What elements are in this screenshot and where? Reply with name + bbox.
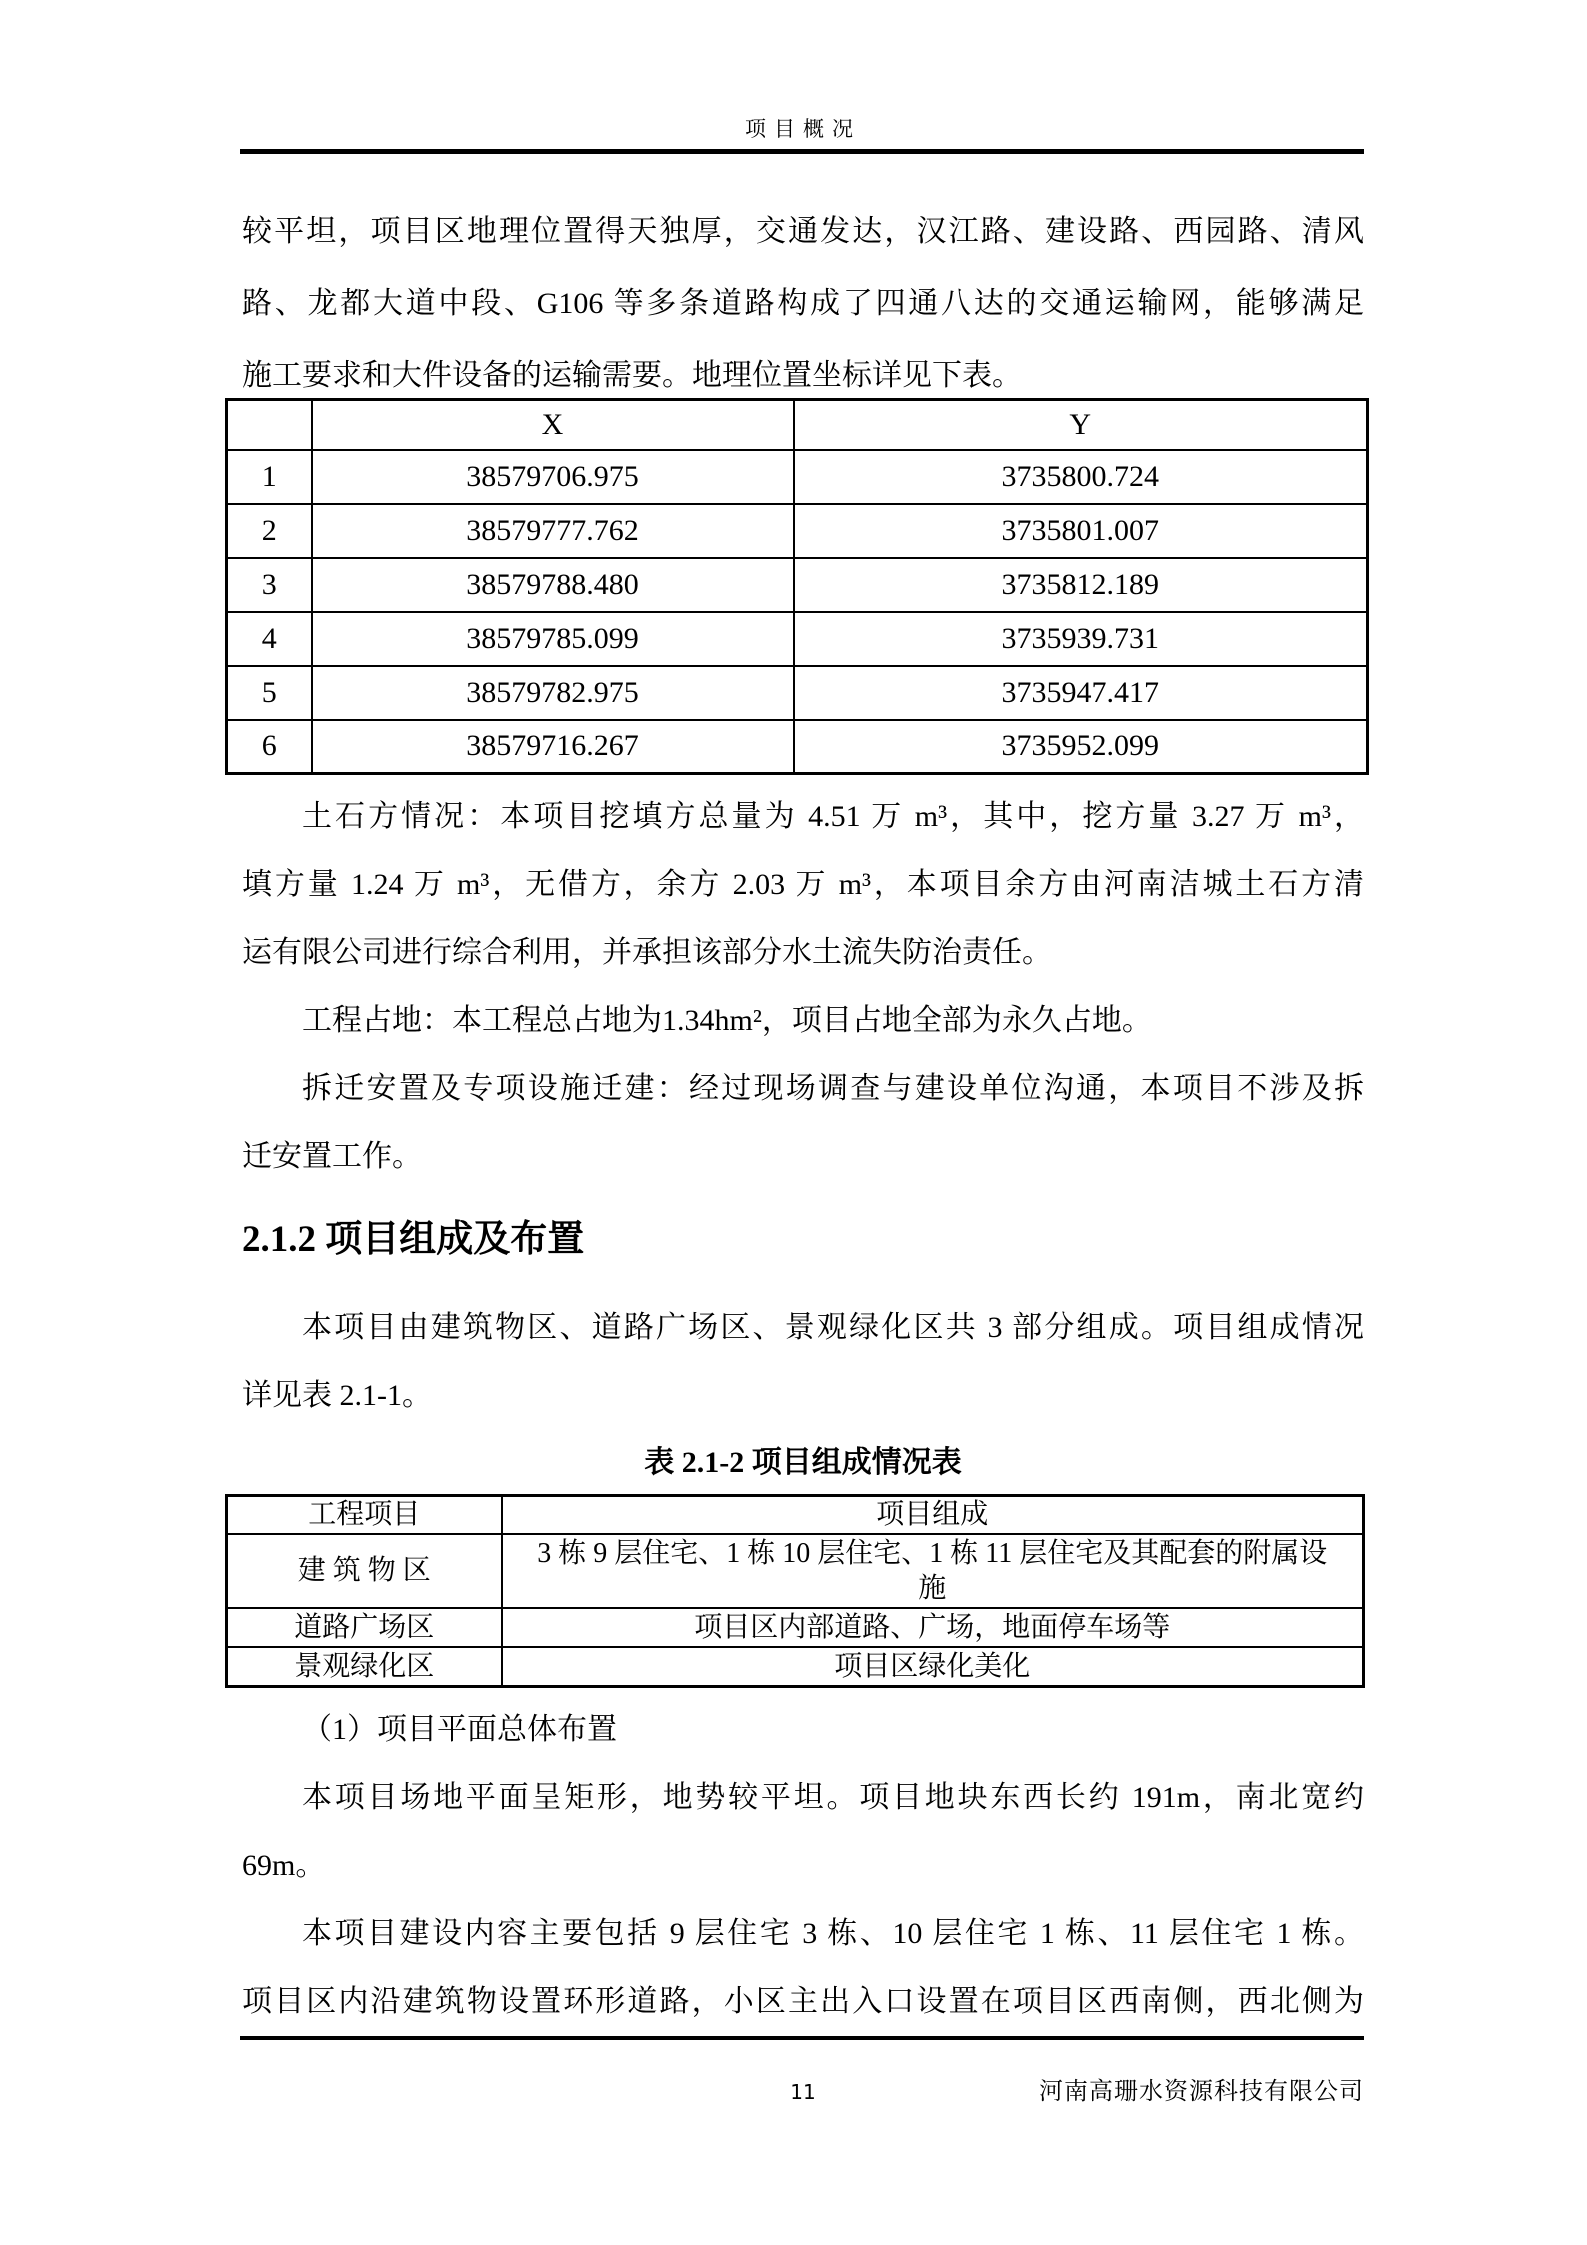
coord-x-cell: 38579777.762 — [312, 504, 794, 558]
coordinate-table-row: 538579782.9753735947.417 — [227, 666, 1368, 720]
composition-zone-cell: 景观绿化区 — [227, 1647, 502, 1687]
header-rule — [240, 149, 1364, 154]
text-line: 填方量 1.24 万 m³，无借方，余方 2.03 万 m³，本项目余方由河南洁… — [242, 851, 1364, 919]
coord-index-cell: 2 — [227, 504, 312, 558]
composition-table-caption: 表 2.1-2 项目组成情况表 — [242, 1443, 1364, 1483]
coordinate-table-row: 438579785.0993735939.731 — [227, 612, 1368, 666]
composition-zone-cell: 道路广场区 — [227, 1608, 502, 1647]
text-line: 详见表 2.1-1。 — [242, 1362, 1364, 1430]
coord-y-cell: 3735801.007 — [794, 504, 1368, 558]
coord-y-cell: 3735952.099 — [794, 720, 1368, 774]
text-line: 迁安置工作。 — [242, 1123, 1364, 1191]
section-heading: 2.1.2 项目组成及布置 — [242, 1212, 1364, 1268]
intro-paragraph: 较平坦，项目区地理位置得天独厚，交通发达，汉江路、建设路、西园路、清风路、龙都大… — [242, 196, 1364, 412]
coord-x-header: X — [312, 400, 794, 450]
coord-x-cell: 38579785.099 — [312, 612, 794, 666]
coord-y-cell: 3735939.731 — [794, 612, 1368, 666]
composition-col1-header: 工程项目 — [227, 1496, 502, 1534]
coordinate-table-header-row: X Y — [227, 400, 1368, 450]
coord-index-cell: 3 — [227, 558, 312, 612]
coordinate-table-row: 338579788.4803735812.189 — [227, 558, 1368, 612]
coord-y-cell: 3735812.189 — [794, 558, 1368, 612]
composition-content-cell: 项目区内部道路、广场，地面停车场等 — [502, 1608, 1364, 1647]
text-line: 工程占地：本工程总占地为1.34hm²，项目占地全部为永久占地。 — [242, 987, 1364, 1055]
coord-index-header — [227, 400, 312, 450]
text-line: 土石方情况：本项目挖填方总量为 4.51 万 m³，其中，挖方量 3.27 万 … — [242, 783, 1364, 851]
coord-index-cell: 5 — [227, 666, 312, 720]
text-line: 本项目场地平面呈矩形，地势较平坦。项目地块东西长约 191m，南北宽约 — [242, 1764, 1364, 1832]
coord-y-cell: 3735800.724 — [794, 450, 1368, 504]
coord-index-cell: 4 — [227, 612, 312, 666]
composition-table: 工程项目 项目组成 建 筑 物 区3 栋 9 层住宅、1 栋 10 层住宅、1 … — [225, 1494, 1365, 1688]
text-line: 69m。 — [242, 1832, 1364, 1900]
coordinate-table: X Y 138579706.9753735800.724238579777.76… — [225, 398, 1369, 775]
document-page: 项目概况 较平坦，项目区地理位置得天独厚，交通发达，汉江路、建设路、西园路、清风… — [0, 0, 1587, 2245]
text-line: 项目区内沿建筑物设置环形道路，小区主出入口设置在项目区西南侧，西北侧为 — [242, 1968, 1364, 2036]
footer-company-name: 河南高珊水资源科技有限公司 — [242, 2077, 1364, 2107]
coordinate-table-row: 238579777.7623735801.007 — [227, 504, 1368, 558]
coord-y-cell: 3735947.417 — [794, 666, 1368, 720]
composition-table-row: 建 筑 物 区3 栋 9 层住宅、1 栋 10 层住宅、1 栋 11 层住宅及其… — [227, 1534, 1364, 1608]
composition-zone-cell: 建 筑 物 区 — [227, 1534, 502, 1608]
coord-index-cell: 6 — [227, 720, 312, 774]
composition-table-header-row: 工程项目 项目组成 — [227, 1496, 1364, 1534]
footer-rule — [240, 2036, 1364, 2040]
coordinate-table-row: 138579706.9753735800.724 — [227, 450, 1368, 504]
text-line: 运有限公司进行综合利用，并承担该部分水土流失防治责任。 — [242, 919, 1364, 987]
composition-table-row: 道路广场区项目区内部道路、广场，地面停车场等 — [227, 1608, 1364, 1647]
composition-col2-header: 项目组成 — [502, 1496, 1364, 1534]
coordinate-table-row: 638579716.2673735952.099 — [227, 720, 1368, 774]
earthwork-paragraphs: 土石方情况：本项目挖填方总量为 4.51 万 m³，其中，挖方量 3.27 万 … — [242, 783, 1364, 1191]
coord-x-cell: 38579716.267 — [312, 720, 794, 774]
coord-index-cell: 1 — [227, 450, 312, 504]
text-line: 本项目建设内容主要包括 9 层住宅 3 栋、10 层住宅 1 栋、11 层住宅 … — [242, 1900, 1364, 1968]
layout-paragraphs: （1）项目平面总体布置本项目场地平面呈矩形，地势较平坦。项目地块东西长约 191… — [242, 1696, 1364, 2036]
coord-y-header: Y — [794, 400, 1368, 450]
page-header-title: 项目概况 — [242, 113, 1364, 145]
text-line: 路、龙都大道中段、G106 等多条道路构成了四通八达的交通运输网，能够满足 — [242, 268, 1364, 340]
composition-table-row: 景观绿化区项目区绿化美化 — [227, 1647, 1364, 1687]
text-line: 本项目由建筑物区、道路广场区、景观绿化区共 3 部分组成。项目组成情况 — [242, 1294, 1364, 1362]
composition-content-cell: 3 栋 9 层住宅、1 栋 10 层住宅、1 栋 11 层住宅及其配套的附属设 … — [502, 1534, 1364, 1608]
composition-paragraph: 本项目由建筑物区、道路广场区、景观绿化区共 3 部分组成。项目组成情况详见表 2… — [242, 1294, 1364, 1430]
composition-content-cell: 项目区绿化美化 — [502, 1647, 1364, 1687]
text-line: 较平坦，项目区地理位置得天独厚，交通发达，汉江路、建设路、西园路、清风 — [242, 196, 1364, 268]
text-line: （1）项目平面总体布置 — [242, 1696, 1364, 1764]
coord-x-cell: 38579788.480 — [312, 558, 794, 612]
coord-x-cell: 38579706.975 — [312, 450, 794, 504]
coord-x-cell: 38579782.975 — [312, 666, 794, 720]
text-line: 拆迁安置及专项设施迁建：经过现场调查与建设单位沟通，本项目不涉及拆 — [242, 1055, 1364, 1123]
